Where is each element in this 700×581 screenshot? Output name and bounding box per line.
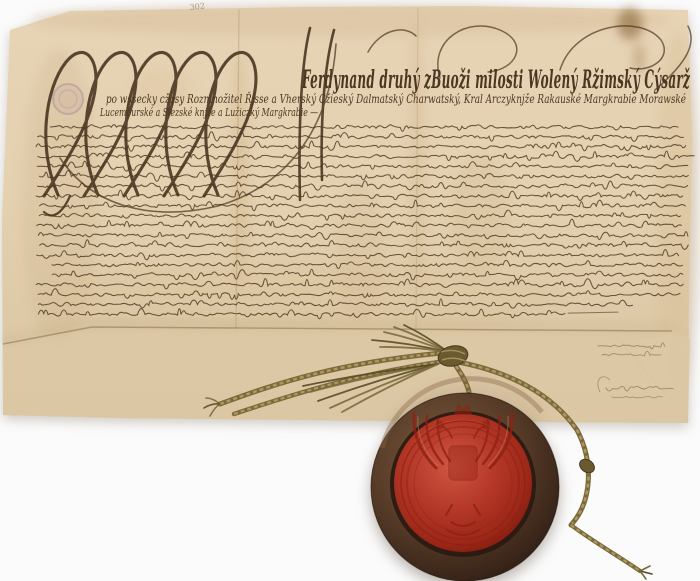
heading-line3: Lucemburské a Slezské knjže a Lužiczký M…: [99, 105, 318, 119]
heading-line1: Ferdynand druhý zBuoži milosti Wolený Rž…: [302, 65, 691, 94]
photograph-of-charter: 302 Ferdynand druhý zBuoži milosti Wolen…: [0, 0, 700, 581]
heading-line2: po wssecky cžasy Rozmnožitel Řjsse a Vhe…: [106, 91, 686, 106]
archival-number: 302: [189, 1, 205, 12]
parchment-sheet: 302 Ferdynand druhý zBuoži milosti Wolen…: [2, 1, 700, 423]
cord-tail: [571, 525, 652, 579]
round-archive-stamp: [53, 84, 83, 114]
charter-scene: 302 Ferdynand druhý zBuoži milosti Wolen…: [0, 0, 700, 581]
